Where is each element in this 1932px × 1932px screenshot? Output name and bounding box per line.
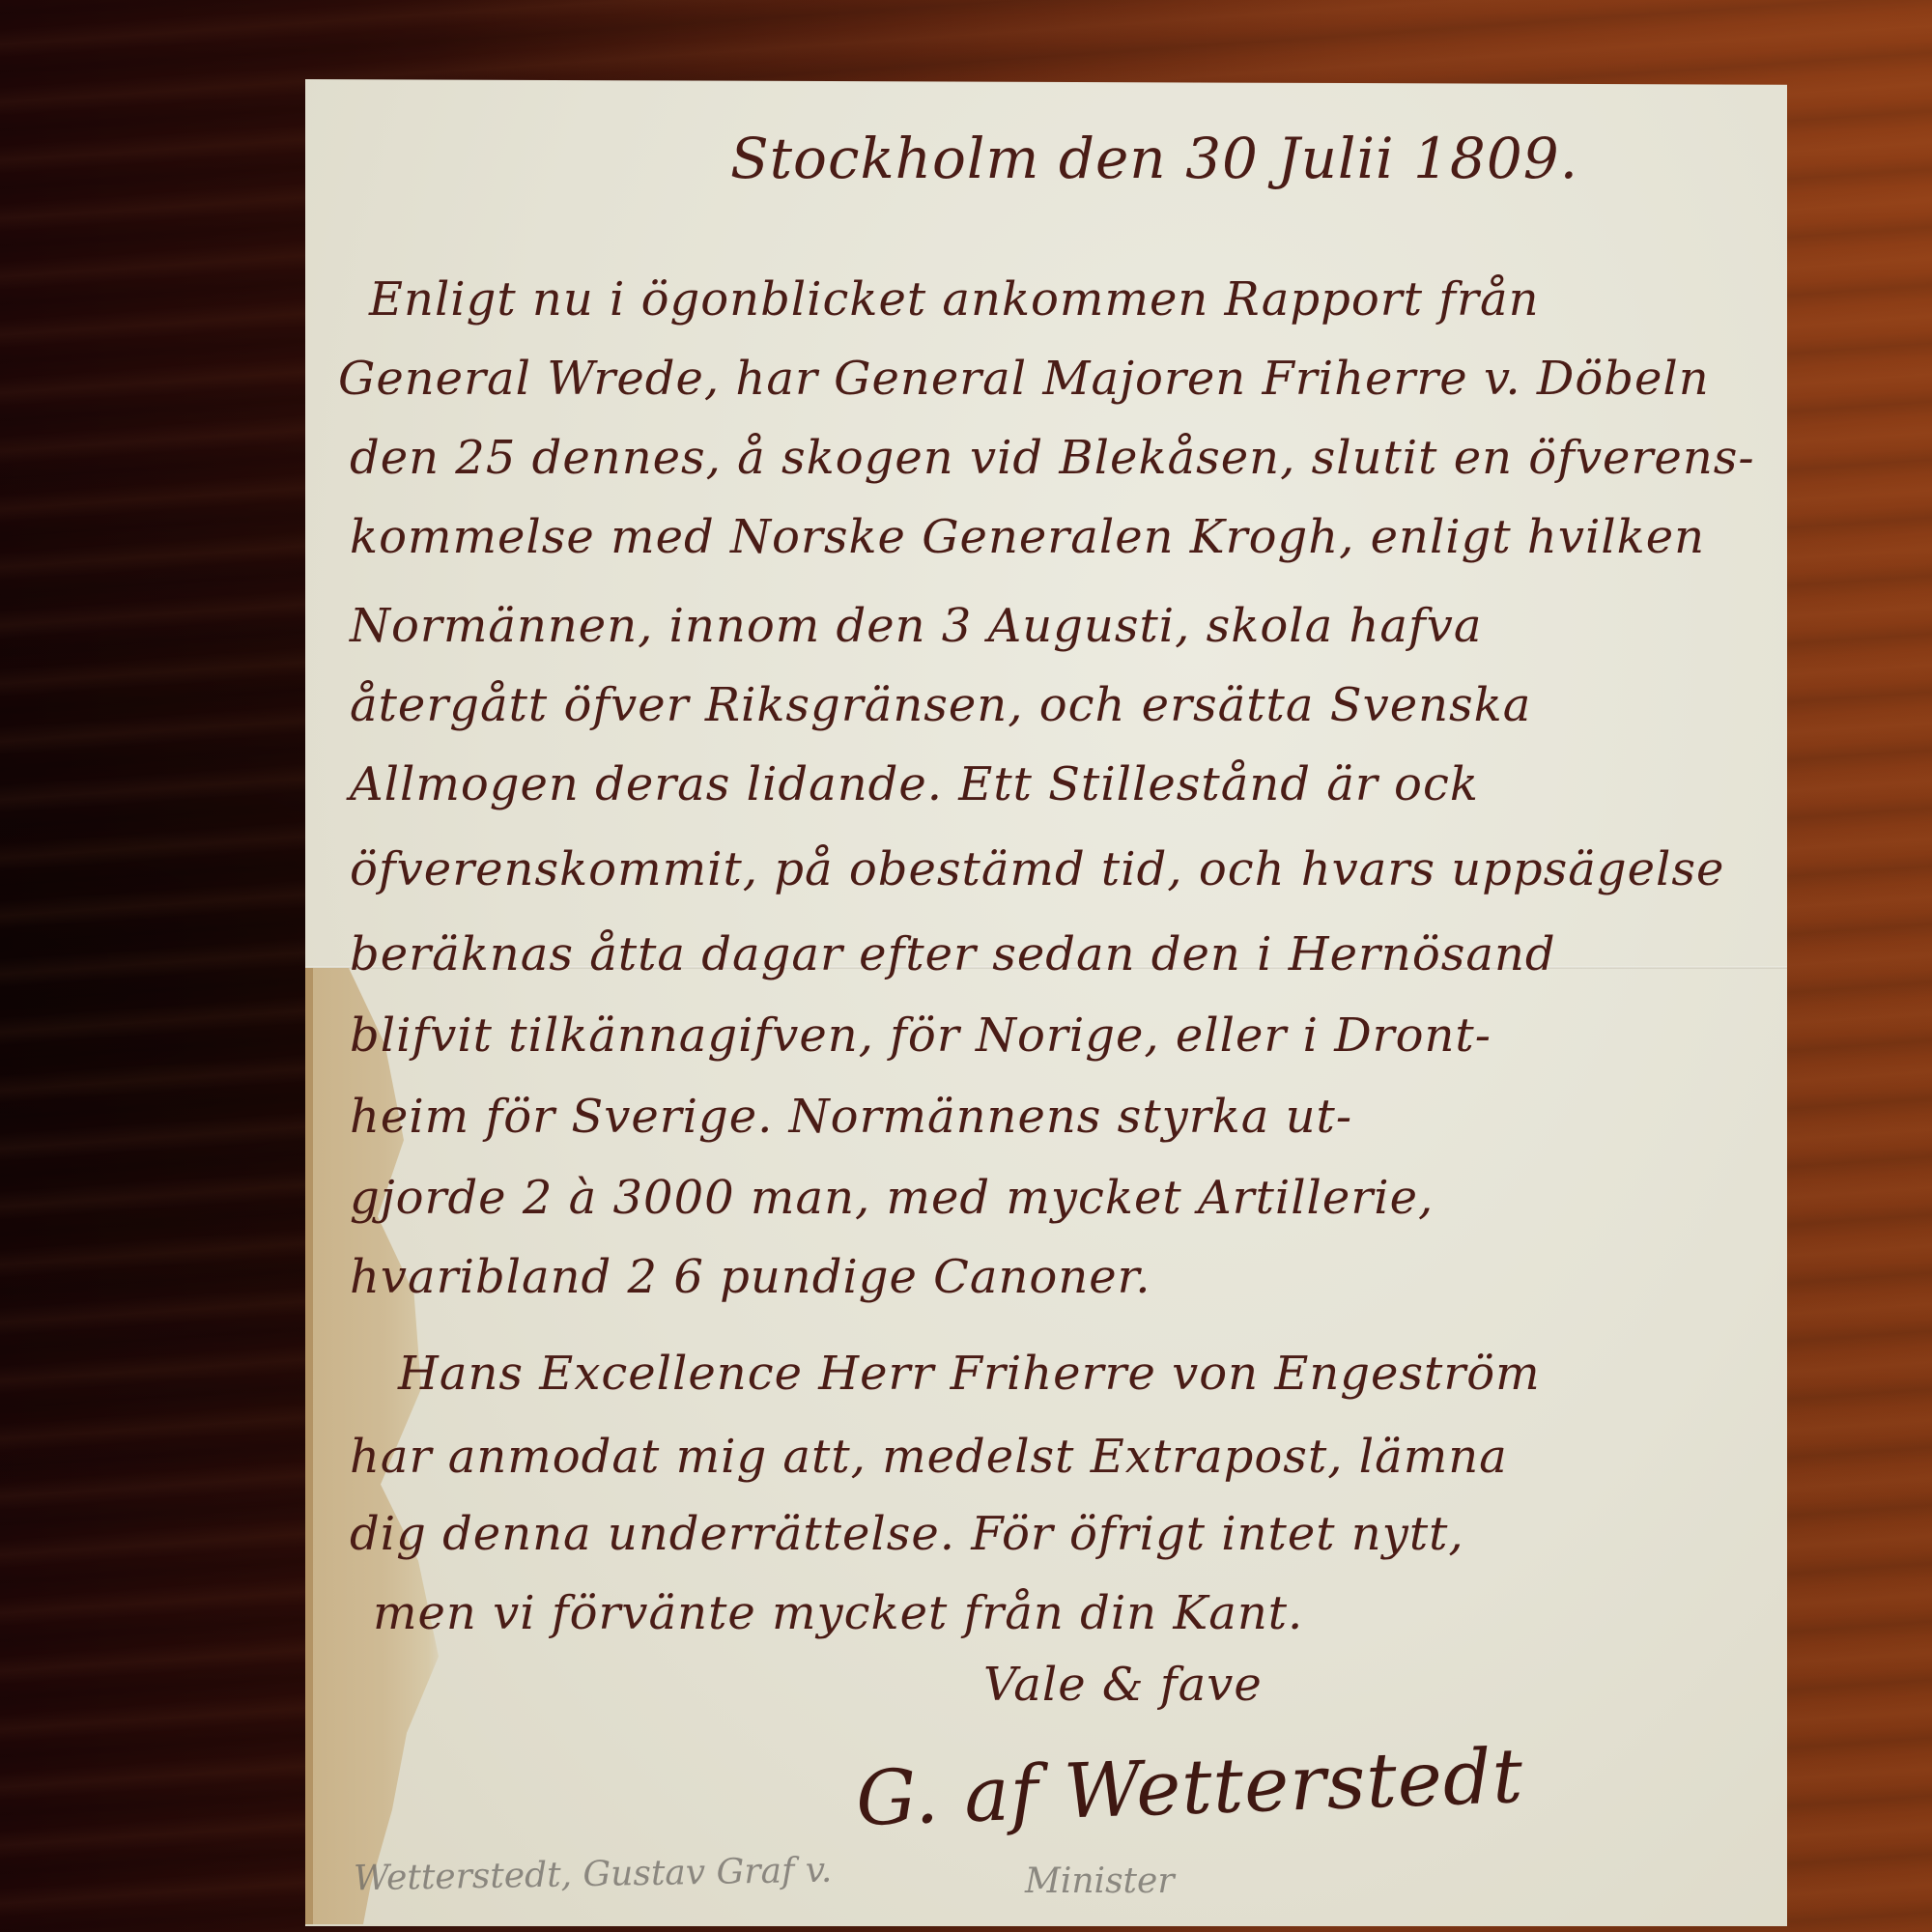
- letter-line: den 25 dennes, å skogen vid Blekåsen, sl…: [350, 431, 1755, 485]
- letter-line: blifvit tilkännagifven, för Norige, elle…: [350, 1009, 1492, 1063]
- letter-line: General Wrede, har General Majoren Frihe…: [338, 352, 1710, 406]
- letter-dateline: Stockholm den 30 Julii 1809.: [730, 126, 1578, 191]
- letter-line: Enligt nu i ögonblicket ankommen Rapport…: [369, 272, 1539, 327]
- letter-line: Allmogen deras lidande. Ett Stillestånd …: [350, 757, 1479, 811]
- letter-line: beräknas åtta dagar efter sedan den i He…: [350, 927, 1556, 981]
- letter-line: heim för Sverige. Normännens styrka ut-: [350, 1090, 1352, 1144]
- letter-line: dig denna underrättelse. För öfrigt inte…: [350, 1507, 1464, 1561]
- pencil-annotation-name: Wetterstedt, Gustav Graf v.: [354, 1851, 833, 1899]
- letter-line: har anmodat mig att, medelst Extrapost, …: [350, 1430, 1508, 1484]
- letter-line: hvaribland 2 6 pundige Canoner.: [350, 1250, 1151, 1304]
- letter-line: kommelse med Norske Generalen Krogh, enl…: [350, 510, 1705, 564]
- letter-line: gjorde 2 à 3000 man, med mycket Artiller…: [350, 1171, 1434, 1225]
- letter-line: Normännen, innom den 3 Augusti, skola ha…: [350, 599, 1482, 653]
- letter-signature: G. af Wetterstedt: [855, 1733, 1525, 1843]
- letter-line: Hans Excellence Herr Friherre von Engest…: [398, 1347, 1541, 1401]
- letter-line: öfverenskommit, på obestämd tid, och hva…: [350, 842, 1724, 896]
- stained-margin-edge: [305, 968, 313, 1924]
- letter-line: men vi förvänte mycket från din Kant.: [373, 1586, 1303, 1640]
- letter-closing: Vale & fave: [983, 1658, 1263, 1712]
- letter-sheet: Stockholm den 30 Julii 1809. Enligt nu i…: [305, 79, 1787, 1926]
- pencil-annotation-title: Minister: [1025, 1861, 1175, 1901]
- letter-line: återgått öfver Riksgränsen, och ersätta …: [350, 678, 1531, 732]
